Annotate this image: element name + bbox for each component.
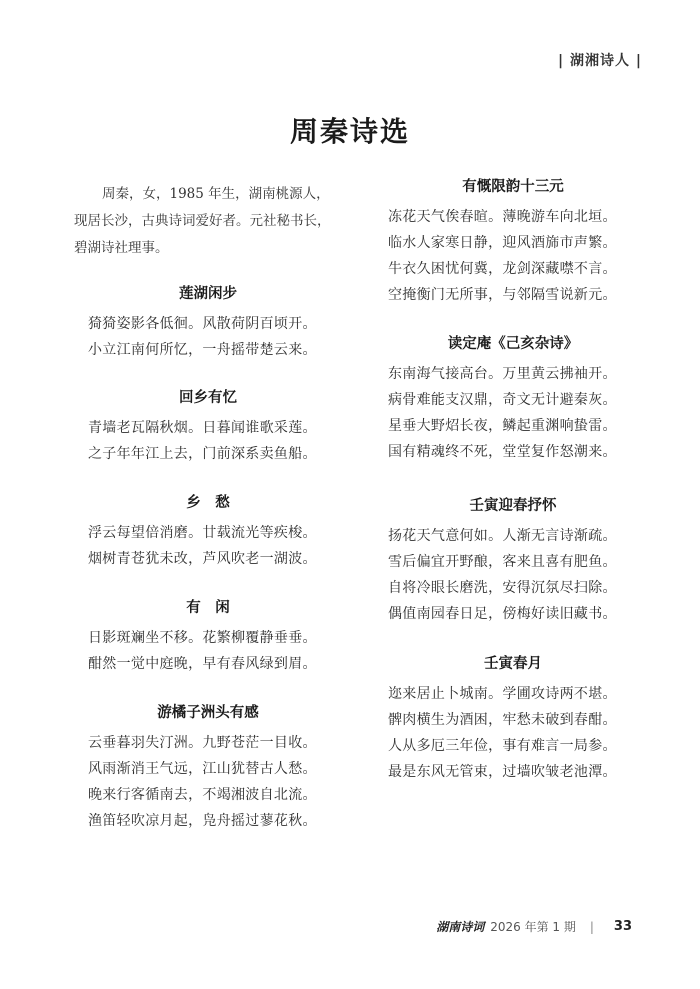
poem-line: 冻花天气俟春暄。薄晚游车向北垣。 <box>388 204 638 230</box>
poem-title: 壬寅迎春抒怀 <box>388 495 638 517</box>
poem-line: 酣然一觉中庭晚，早有春风绿到眉。 <box>88 651 328 677</box>
author-bio: 周秦，女，1985 年生，湖南桃源人，现居长沙，古典诗词爱好者。元社秘书长，碧湖… <box>74 181 342 262</box>
poem-line: 扬花天气意何如。人渐无言诗渐疏。 <box>388 523 638 549</box>
poem-lianhu: 莲湖闲步 猗猗姿影各低徊。风散荷阴百顷开。 小立江南何所忆，一舟摇带楚云来。 <box>88 283 328 363</box>
poem-title: 壬寅春月 <box>388 653 638 675</box>
poem-renyin-yingchun: 壬寅迎春抒怀 扬花天气意何如。人渐无言诗渐疏。 雪后偏宜开野酿，客来且喜有肥鱼。… <box>388 495 638 627</box>
poem-title: 回乡有忆 <box>88 387 328 409</box>
poem-line: 浮云每望倍消磨。廿载流光等疾梭。 <box>88 520 328 546</box>
poem-line: 猗猗姿影各低徊。风散荷阴百顷开。 <box>88 311 328 337</box>
magazine-brand: 湖南诗词 <box>436 918 484 935</box>
poem-line: 牛衣久困忧何冀，龙剑深藏噤不言。 <box>388 256 638 282</box>
poem-line: 烟树青苍犹未改，芦风吹老一湖波。 <box>88 546 328 572</box>
poem-line: 渔笛轻吹凉月起，凫舟摇过蓼花秋。 <box>88 808 328 834</box>
poem-line: 风雨渐消王气远，江山犹替古人愁。 <box>88 756 328 782</box>
poem-line: 日影斑斓坐不移。花繁柳覆静垂垂。 <box>88 625 328 651</box>
poem-youxian: 有 闲 日影斑斓坐不移。花繁柳覆静垂垂。 酣然一觉中庭晚，早有春风绿到眉。 <box>88 597 328 677</box>
poem-line: 临水人家寒日静，迎风酒旆市声繁。 <box>388 230 638 256</box>
poem-huixiang: 回乡有忆 青墙老瓦隔秋烟。日暮闻谁歌采莲。 之子年年江上去，门前深系卖鱼船。 <box>88 387 328 467</box>
poem-line: 空掩衡门无所事，与邻隔雪说新元。 <box>388 282 638 308</box>
poem-title: 有 闲 <box>88 597 328 619</box>
poem-title: 游橘子洲头有感 <box>88 702 328 724</box>
poem-line: 小立江南何所忆，一舟摇带楚云来。 <box>88 337 328 363</box>
poem-line: 之子年年江上去，门前深系卖鱼船。 <box>88 441 328 467</box>
poem-title: 读定庵《己亥杂诗》 <box>388 333 638 355</box>
page-footer: 湖南诗词 2026 年第 1 期 | 33 <box>436 918 632 935</box>
page-title: 周秦诗选 <box>0 110 700 150</box>
poem-dingan: 读定庵《己亥杂诗》 东南海气接高台。万里黄云拂袖开。 病骨难能支汉鼎，奇文无计避… <box>388 333 638 465</box>
poem-line: 雪后偏宜开野酿，客来且喜有肥鱼。 <box>388 549 638 575</box>
section-tag: | 湖湘诗人 | <box>558 50 642 70</box>
poem-line: 人从多厄三年俭，事有难言一局参。 <box>388 733 638 759</box>
poem-line: 自将冷眼长磨洗，安得沉氛尽扫除。 <box>388 575 638 601</box>
poem-line: 最是东风无管束，过墙吹皱老池潭。 <box>388 759 638 785</box>
poem-line: 国有精魂终不死，堂堂复作怒潮来。 <box>388 439 638 465</box>
poem-line: 星垂大野炤长夜，鳞起重渊响蛰雷。 <box>388 413 638 439</box>
poem-line: 晚来行客循南去，不竭湘波自北流。 <box>88 782 328 808</box>
poem-title: 有慨限韵十三元 <box>388 176 638 198</box>
poem-line: 病骨难能支汉鼎，奇文无计避秦灰。 <box>388 387 638 413</box>
poem-line: 髀肉横生为酒困，牢愁未破到春酣。 <box>388 707 638 733</box>
poem-title: 莲湖闲步 <box>88 283 328 305</box>
poem-line: 云垂暮羽失汀洲。九野苍茫一目收。 <box>88 730 328 756</box>
issue-label: 2026 年第 1 期 <box>490 918 576 935</box>
page-number: 33 <box>614 919 632 934</box>
poem-juzizhou: 游橘子洲头有感 云垂暮羽失汀洲。九野苍茫一目收。 风雨渐消王气远，江山犹替古人愁… <box>88 702 328 834</box>
poem-line: 偶值南园春日足，傍梅好读旧藏书。 <box>388 601 638 627</box>
poem-youkai: 有慨限韵十三元 冻花天气俟春暄。薄晚游车向北垣。 临水人家寒日静，迎风酒旆市声繁… <box>388 176 638 308</box>
poem-line: 东南海气接高台。万里黄云拂袖开。 <box>388 361 638 387</box>
poem-title: 乡 愁 <box>88 492 328 514</box>
poem-line: 迩来居止卜城南。学圃攻诗两不堪。 <box>388 681 638 707</box>
footer-divider: | <box>590 920 594 934</box>
poem-renyin-chunyue: 壬寅春月 迩来居止卜城南。学圃攻诗两不堪。 髀肉横生为酒困，牢愁未破到春酣。 人… <box>388 653 638 785</box>
poem-line: 青墙老瓦隔秋烟。日暮闻谁歌采莲。 <box>88 415 328 441</box>
poem-xiangchou: 乡 愁 浮云每望倍消磨。廿载流光等疾梭。 烟树青苍犹未改，芦风吹老一湖波。 <box>88 492 328 572</box>
